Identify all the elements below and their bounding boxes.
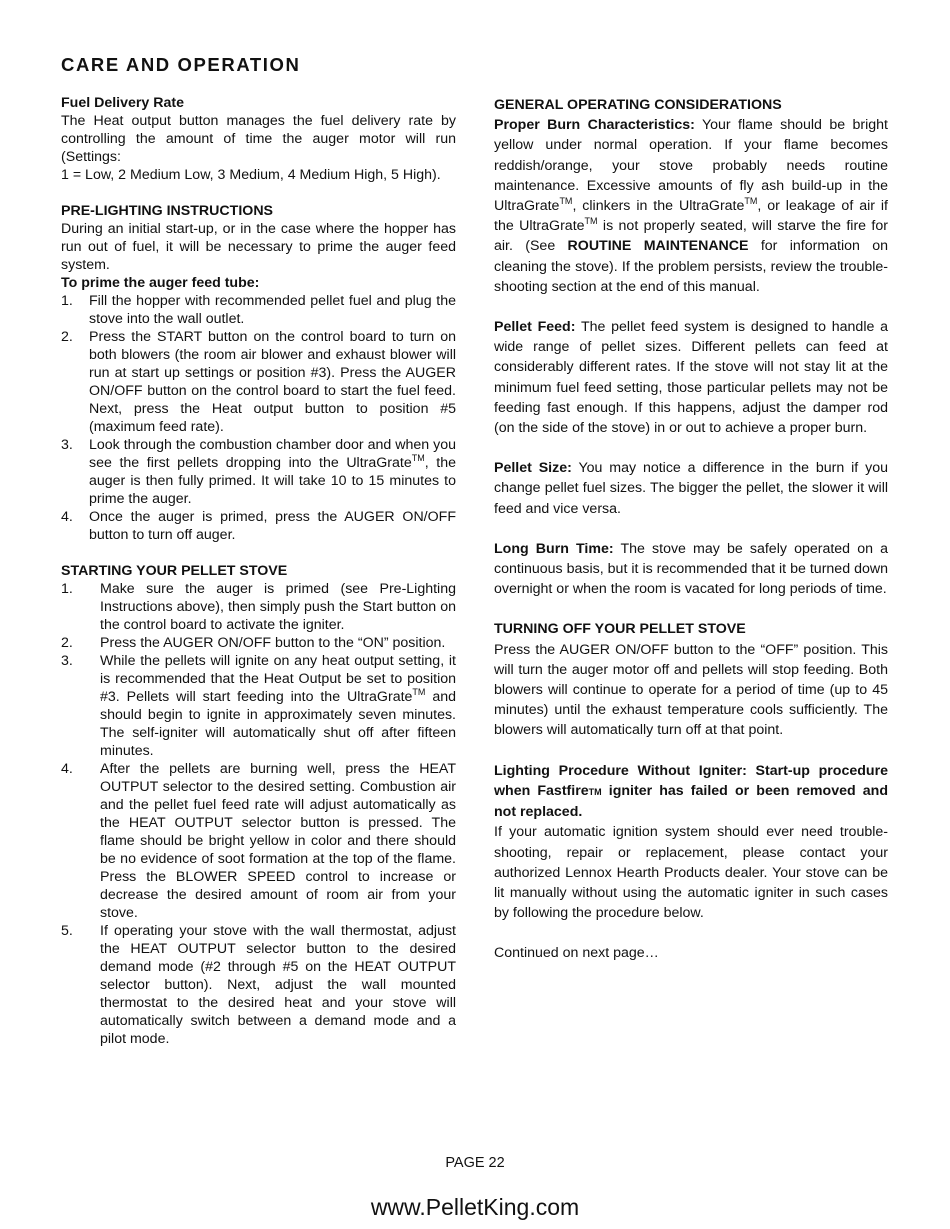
step-text: After the pellets are burning well, pres… — [100, 761, 456, 921]
step-number: 1. — [61, 580, 73, 598]
list-item: 1. Fill the hopper with recommended pell… — [61, 292, 456, 328]
fuel-delivery-body: The Heat output button manages the fuel … — [61, 112, 456, 166]
prime-auger-subheading: To prime the auger feed tube: — [61, 274, 456, 292]
right-column: GENERAL OPERATING CONSIDERATIONS Proper … — [494, 95, 888, 964]
step-text: Press the START button on the control bo… — [89, 329, 456, 435]
fuel-delivery-settings: 1 = Low, 2 Medium Low, 3 Medium, 4 Mediu… — [61, 166, 456, 184]
step-number: 1. — [61, 292, 73, 310]
proper-burn-paragraph: Proper Burn Characteristics: Your flame … — [494, 115, 888, 297]
lighting-procedure-paragraph: If your automatic ignition system should… — [494, 822, 888, 923]
long-burn-paragraph: Long Burn Time: The stove may be safely … — [494, 539, 888, 600]
step-text: If operating your stove with the wall th… — [100, 923, 456, 1047]
manual-page: CARE AND OPERATION Fuel Delivery Rate Th… — [0, 0, 950, 1229]
list-item: 2. Press the START button on the control… — [61, 328, 456, 436]
trademark-mark: TM — [412, 687, 425, 697]
list-item: 2. Press the AUGER ON/OFF button to the … — [61, 634, 456, 652]
trademark-mark: TM — [589, 787, 602, 797]
pellet-size-paragraph: Pellet Size: You may notice a difference… — [494, 458, 888, 519]
proper-burn-label: Proper Burn Characteristics: — [494, 117, 695, 133]
trademark-mark: TM — [559, 196, 572, 206]
pellet-feed-label: Pellet Feed: — [494, 319, 575, 335]
paragraph-text: The pellet feed system is designed to ha… — [494, 319, 888, 436]
step-number: 2. — [61, 328, 73, 346]
step-text: Press the AUGER ON/OFF button to the “ON… — [100, 635, 445, 651]
trademark-mark: TM — [412, 453, 425, 463]
left-column: Fuel Delivery Rate The Heat output butto… — [61, 94, 456, 1048]
step-number: 2. — [61, 634, 73, 652]
starting-stove-heading: STARTING YOUR PELLET STOVE — [61, 562, 456, 580]
step-text: While the pellets will ignite on any hea… — [100, 653, 456, 705]
turning-off-heading: TURNING OFF YOUR PELLET STOVE — [494, 619, 888, 639]
routine-maintenance-reference: ROUTINE MAINTENANCE — [568, 238, 749, 254]
pre-lighting-heading: PRE-LIGHTING INSTRUCTIONS — [61, 202, 456, 220]
page-number: PAGE 22 — [0, 1155, 950, 1171]
website-url[interactable]: www.PelletKing.com — [0, 1194, 950, 1221]
prime-steps-list: 1. Fill the hopper with recommended pell… — [61, 292, 456, 544]
fuel-delivery-heading: Fuel Delivery Rate — [61, 94, 456, 112]
general-considerations-heading: GENERAL OPERATING CONSIDERATIONS — [494, 95, 888, 115]
turning-off-paragraph: Press the AUGER ON/OFF button to the “OF… — [494, 640, 888, 741]
paragraph-text: , clinkers in the UltraGrate — [572, 198, 744, 214]
trademark-mark: TM — [585, 216, 598, 226]
list-item: 3. Look through the combustion chamber d… — [61, 436, 456, 508]
step-text: Look through the combustion chamber door… — [89, 437, 456, 471]
page-title: CARE AND OPERATION — [61, 54, 301, 76]
step-number: 5. — [61, 922, 73, 940]
step-number: 3. — [61, 652, 73, 670]
pre-lighting-body: During an initial start-up, or in the ca… — [61, 220, 456, 274]
step-text: Once the auger is primed, press the AUGE… — [89, 509, 456, 543]
step-number: 3. — [61, 436, 73, 454]
pellet-feed-paragraph: Pellet Feed: The pellet feed system is d… — [494, 317, 888, 438]
starting-steps-list: 1. Make sure the auger is primed (see Pr… — [61, 580, 456, 1048]
step-text: Make sure the auger is primed (see Pre-L… — [100, 581, 456, 633]
continued-note: Continued on next page… — [494, 943, 888, 963]
list-item: 1. Make sure the auger is primed (see Pr… — [61, 580, 456, 634]
lighting-procedure-heading: Lighting Procedure Without Igniter: Star… — [494, 761, 888, 823]
list-item: 4. Once the auger is primed, press the A… — [61, 508, 456, 544]
step-number: 4. — [61, 508, 73, 526]
step-number: 4. — [61, 760, 73, 778]
step-text: Fill the hopper with recommended pellet … — [89, 293, 456, 327]
long-burn-label: Long Burn Time: — [494, 541, 614, 557]
list-item: 5. If operating your stove with the wall… — [61, 922, 456, 1048]
pellet-size-label: Pellet Size: — [494, 460, 572, 476]
list-item: 4. After the pellets are burning well, p… — [61, 760, 456, 922]
trademark-mark: TM — [744, 196, 757, 206]
list-item: 3. While the pellets will ignite on any … — [61, 652, 456, 760]
